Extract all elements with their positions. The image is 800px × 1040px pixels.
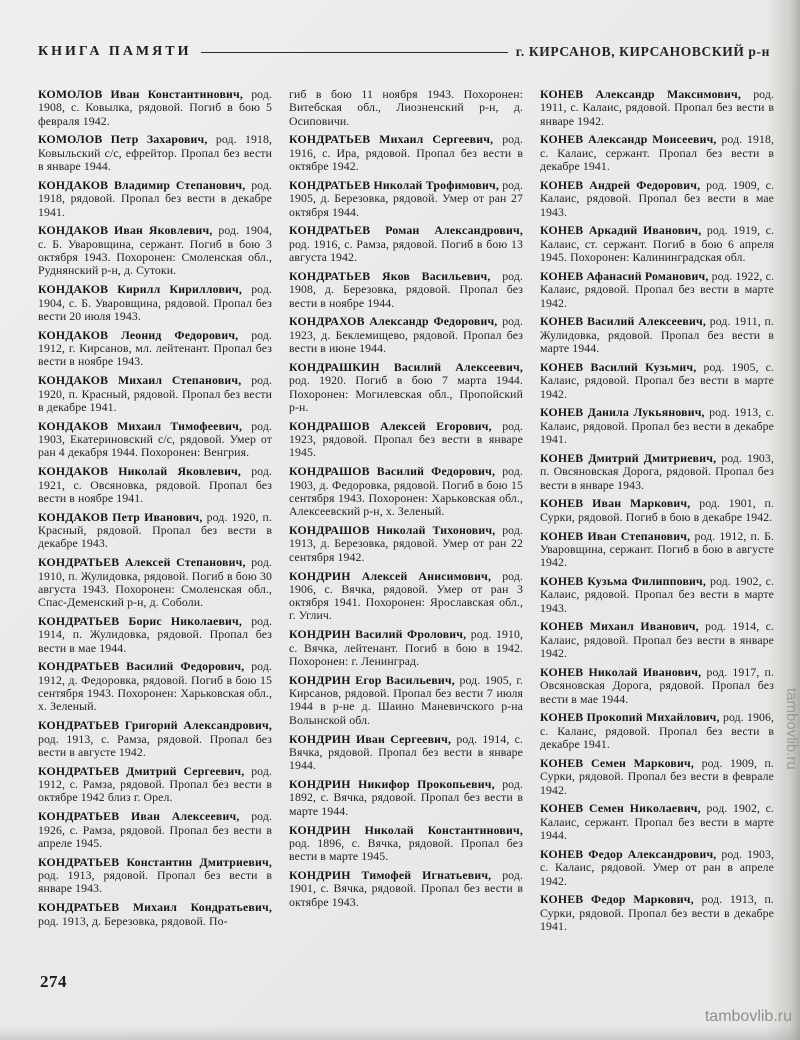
entry-surname: КОНЕВ Александр Моисеевич, (540, 132, 721, 146)
header-rule (201, 52, 507, 53)
memorial-entry: КОНЕВ Семен Николаевич, род. 1902, с. Ка… (540, 802, 774, 842)
memorial-entry: КОНДАКОВ Леонид Федорович, род. 1912, г.… (38, 329, 272, 369)
entry-surname: КОНДРАТЬЕВ Василий Федорович, (38, 659, 251, 673)
district-title: г. КИРСАНОВ, КИРСАНОВСКИЙ р-н (516, 44, 770, 60)
memorial-entry: КОНЕВ Федор Александрович, род. 1903, с.… (540, 848, 774, 888)
entry-surname: КОНЕВ Семен Николаевич, (540, 801, 707, 815)
entry-surname: КОНДРИН Алексей Анисимович, (289, 569, 502, 583)
memorial-entry: КОНЕВ Федор Маркович, род. 1913, п. Сурк… (540, 893, 774, 933)
memorial-entry: КОНДАКОВ Владимир Степанович, род. 1918,… (38, 179, 272, 219)
entry-surname: КОНДРАТЬЕВ Михаил Сергеевич, (289, 132, 502, 146)
entry-surname: КОНДРАТЬЕВ Борис Николаевич, (38, 614, 251, 628)
watermark-bottom: tambovlib.ru (705, 1008, 792, 1026)
watermark-vertical: tambovlib.ru (783, 688, 800, 770)
memorial-entry: КОНЕВ Прокопий Михайлович, род. 1906, с.… (540, 711, 774, 751)
entry-surname: КОНДАКОВ Владимир Степанович, (38, 178, 251, 192)
memorial-entry: КОНДРАТЬЕВ Григорий Александрович, род. … (38, 719, 272, 759)
entry-surname: КОНЕВ Аркадий Иванович, (540, 223, 707, 237)
entry-surname: КОНЕВ Прокопий Михайлович, (540, 710, 723, 724)
memorial-entry: КОНДРАШОВ Николай Тихонович, род. 1913, … (289, 524, 523, 564)
entry-surname: КОНДАКОВ Петр Иванович, (38, 510, 207, 524)
entry-surname: КОНДРАШКИН Василий Алексеевич, (289, 360, 523, 374)
memorial-entry: КОНДРИН Василий Фролович, род. 1910, с. … (289, 628, 523, 668)
memorial-entry: КОНДРАТЬЕВ Роман Александрович, род. 191… (289, 224, 523, 264)
memorial-entry: КОНДРАТЬЕВ Дмитрий Сергеевич, род. 1912,… (38, 765, 272, 805)
memorial-entry: КОНДРИН Никифор Прокопьевич, род. 1892, … (289, 778, 523, 818)
memorial-entry: КОНДРАТЬЕВ Алексей Степанович, род. 1910… (38, 556, 272, 609)
memorial-entry: КОНДРАТЬЕВ Борис Николаевич, род. 1914, … (38, 615, 272, 655)
entry-surname: КОНДРАШОВ Николай Тихонович, (289, 523, 502, 537)
memorial-entry: КОНДАКОВ Кирилл Кириллович, род. 1904, с… (38, 283, 272, 323)
memorial-entry: КОНЕВ Иван Степанович, род. 1912, п. Б. … (540, 530, 774, 570)
memorial-column-3: КОНЕВ Александр Максимович, род. 1911, с… (540, 88, 774, 939)
memorial-entry: КОНЕВ Василий Алексеевич, род. 1911, п. … (540, 315, 774, 355)
memorial-column-1: КОМОЛОВ Иван Константинович, род. 1908, … (38, 88, 272, 939)
memorial-entry: КОНЕВ Семен Маркович, род. 1909, п. Сурк… (540, 757, 774, 797)
entry-surname: КОНДРАТЬЕВ Дмитрий Сергеевич, (38, 764, 251, 778)
entry-surname: КОНЕВ Кузьма Филиппович, (540, 574, 710, 588)
memorial-entry: КОМОЛОВ Иван Константинович, род. 1908, … (38, 88, 272, 128)
book-page: КНИГА ПАМЯТИ г. КИРСАНОВ, КИРСАНОВСКИЙ р… (0, 0, 800, 1040)
book-title: КНИГА ПАМЯТИ (38, 44, 191, 60)
entry-surname: КОНЕВ Семен Маркович, (540, 756, 702, 770)
entry-surname: КОНЕВ Андрей Федорович, (540, 178, 706, 192)
entry-surname: КОНЕВ Федор Маркович, (540, 892, 701, 906)
memorial-entry: КОНДАКОВ Николай Яковлевич, род. 1921, с… (38, 465, 272, 505)
memorial-entry: КОНЕВ Дмитрий Дмитриевич, род. 1903, п. … (540, 452, 774, 492)
entry-surname: КОМОЛОВ Петр Захарович, (38, 132, 216, 146)
entry-surname: КОНДАКОВ Леонид Федорович, (38, 328, 251, 342)
memorial-entry: КОНЕВ Василий Кузьмич, род. 1905, с. Кал… (540, 361, 774, 401)
entry-surname: КОНДРАХОВ Александр Федорович, (289, 314, 502, 328)
memorial-entry: КОНЕВ Андрей Федорович, род. 1909, с. Ка… (540, 179, 774, 219)
entry-surname: КОНДРИН Тимофей Игнатьевич, (289, 868, 502, 882)
entry-surname: КОНДАКОВ Михаил Тимофеевич, (38, 419, 251, 433)
memorial-entry: КОНДРАТЬЕВ Яков Васильевич, род. 1908, д… (289, 270, 523, 310)
entry-surname: КОНДРАТЬЕВ Николай Трофимович, (289, 178, 502, 192)
entry-surname: КОНЕВ Александр Максимович, (540, 87, 753, 101)
entry-surname: КОМОЛОВ Иван Константинович, (38, 87, 251, 101)
memorial-column-2: гиб в бою 11 ноября 1943. Похоронен: Вит… (289, 88, 523, 939)
entry-surname: КОНДРИН Егор Васильевич, (289, 673, 460, 687)
memorial-entry: КОНДАКОВ Михаил Степанович, род. 1920, п… (38, 374, 272, 414)
entry-surname: КОНДРАТЬЕВ Алексей Степанович, (38, 555, 251, 569)
entry-surname: КОНДРИН Николай Константинович, (289, 823, 523, 837)
memorial-entry: КОНДРИН Егор Васильевич, род. 1905, г. К… (289, 674, 523, 727)
memorial-entry: КОНЕВ Афанасий Романович, род. 1922, с. … (540, 270, 774, 310)
memorial-entry: КОНЕВ Александр Моисеевич, род. 1918, с.… (540, 133, 774, 173)
memorial-entry: КОНДРАТЬЕВ Николай Трофимович, род. 1905… (289, 179, 523, 219)
entry-surname: КОНЕВ Василий Кузьмич, (540, 360, 704, 374)
entry-surname: КОНЕВ Николай Иванович, (540, 665, 706, 679)
entry-surname: КОНДРИН Иван Сергеевич, (289, 732, 456, 746)
entry-surname: КОНЕВ Иван Степанович, (540, 529, 694, 543)
entry-surname: КОНЕВ Василий Алексеевич, (540, 314, 710, 328)
entry-surname: КОНЕВ Михаил Иванович, (540, 619, 705, 633)
memorial-entry: КОНДРИН Николай Константинович, род. 189… (289, 824, 523, 864)
memorial-entry: КОНДРАХОВ Александр Федорович, род. 1923… (289, 315, 523, 355)
scan-shadow-bottom (0, 1026, 800, 1040)
memorial-entry: КОНЕВ Александр Максимович, род. 1911, с… (540, 88, 774, 128)
entry-surname: КОНДАКОВ Иван Яковлевич, (38, 223, 218, 237)
entry-surname: КОНДАКОВ Михаил Степанович, (38, 373, 251, 387)
page-header: КНИГА ПАМЯТИ г. КИРСАНОВ, КИРСАНОВСКИЙ р… (38, 44, 770, 60)
memorial-entry: КОНЕВ Аркадий Иванович, род. 1919, с. Ка… (540, 224, 774, 264)
entry-surname: КОНДАКОВ Кирилл Кириллович, (38, 282, 251, 296)
memorial-entry: КОНДРИН Тимофей Игнатьевич, род. 1901, с… (289, 869, 523, 909)
memorial-entry: КОНДРАШКИН Василий Алексеевич, род. 1920… (289, 361, 523, 414)
entry-surname: КОНЕВ Дмитрий Дмитриевич, (540, 451, 721, 465)
memorial-entry: КОНДРАТЬЕВ Иван Алексеевич, род. 1926, с… (38, 810, 272, 850)
entry-surname: КОНДАКОВ Николай Яковлевич, (38, 464, 251, 478)
memorial-entry: КОНДРАТЬЕВ Михаил Сергеевич, род. 1916, … (289, 133, 523, 173)
memorial-entry: КОМОЛОВ Петр Захарович, род. 1918, Ковыл… (38, 133, 272, 173)
memorial-entry: КОНДРАТЬЕВ Константин Дмитриевич, род. 1… (38, 856, 272, 896)
page-number: 274 (40, 972, 67, 992)
memorial-entry: КОНДРАТЬЕВ Михаил Кондратьевич, род. 191… (38, 901, 272, 928)
memorial-entry: КОНЕВ Данила Лукьянович, род. 1913, с. К… (540, 406, 774, 446)
memorial-entry: КОНДРАТЬЕВ Василий Федорович, род. 1912,… (38, 660, 272, 713)
entry-surname: КОНЕВ Афанасий Романович, (540, 269, 712, 283)
entry-surname: КОНДРАТЬЕВ Яков Васильевич, (289, 269, 502, 283)
memorial-entry: КОНДРИН Иван Сергеевич, род. 1914, с. Вя… (289, 733, 523, 773)
memorial-entry: КОНДАКОВ Петр Иванович, род. 1920, п. Кр… (38, 511, 272, 551)
memorial-entry: КОНДРАШОВ Василий Федорович, род. 1903, … (289, 465, 523, 518)
entry-surname: КОНДРИН Василий Фролович, (289, 627, 471, 641)
entry-surname: КОНЕВ Иван Маркович, (540, 496, 699, 510)
entry-surname: КОНДРАТЬЕВ Иван Алексеевич, (38, 809, 251, 823)
entry-surname: КОНДРИН Никифор Прокопьевич, (289, 777, 502, 791)
memorial-entry: КОНДАКОВ Михаил Тимофеевич, род. 1903, Е… (38, 420, 272, 460)
entry-surname: КОНДРАШОВ Василий Федорович, (289, 464, 502, 478)
memorial-entry: КОНДРИН Алексей Анисимович, род. 1906, с… (289, 570, 523, 623)
memorial-entry: КОНЕВ Кузьма Филиппович, род. 1902, с. К… (540, 575, 774, 615)
memorial-entry: КОНДРАШОВ Алексей Егорович, род. 1923, р… (289, 420, 523, 460)
entry-surname: КОНДРАТЬЕВ Григорий Александрович, (38, 718, 272, 732)
entry-surname: КОНЕВ Федор Александрович, (540, 847, 721, 861)
entry-surname: КОНДРАШОВ Алексей Егорович, (289, 419, 502, 433)
memorial-entry: КОНЕВ Николай Иванович, род. 1917, п. Ов… (540, 666, 774, 706)
memorial-entry: КОНДАКОВ Иван Яковлевич, род. 1904, с. Б… (38, 224, 272, 277)
memorial-columns: КОМОЛОВ Иван Константинович, род. 1908, … (38, 88, 774, 939)
entry-surname: КОНДРАТЬЕВ Константин Дмитриевич, (38, 855, 272, 869)
entry-surname: КОНДРАТЬЕВ Роман Александрович, (289, 223, 523, 237)
memorial-entry: гиб в бою 11 ноября 1943. Похоронен: Вит… (289, 88, 523, 128)
memorial-entry: КОНЕВ Михаил Иванович, род. 1914, с. Кал… (540, 620, 774, 660)
memorial-entry: КОНЕВ Иван Маркович, род. 1901, п. Сурки… (540, 497, 774, 524)
entry-surname: КОНЕВ Данила Лукьянович, (540, 405, 709, 419)
entry-surname: КОНДРАТЬЕВ Михаил Кондратьевич, (38, 900, 272, 914)
